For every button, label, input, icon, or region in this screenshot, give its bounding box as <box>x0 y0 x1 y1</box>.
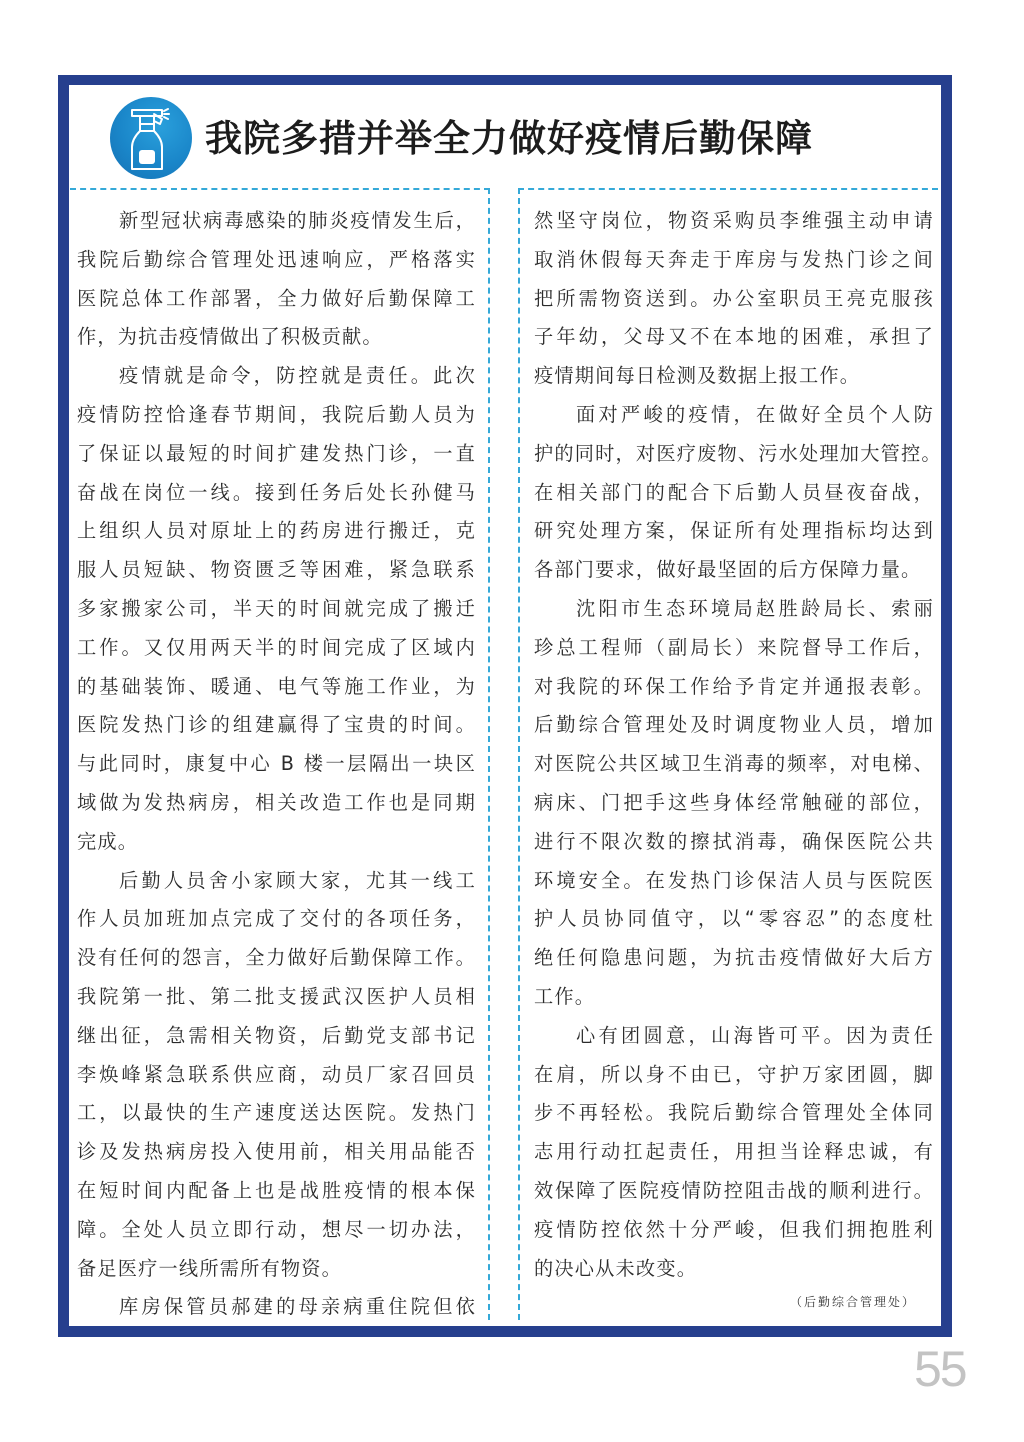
text-line: 工作。 <box>534 978 934 1017</box>
text-line: 在短时间内配备上也是战胜疫情的根本保 <box>77 1172 476 1211</box>
text-line: 完成。 <box>77 823 476 862</box>
text-line: 诊及发热病房投入使用前，相关用品能否 <box>77 1133 476 1172</box>
title-badge <box>110 97 192 179</box>
text-line: 工作。又仅用两天半的时间完成了区域内 <box>77 629 476 668</box>
text-line: 多家搬家公司，半天的时间就完成了搬迁 <box>77 590 476 629</box>
text-line: 服人员短缺、物资匮乏等困难，紧急联系 <box>77 551 476 590</box>
paragraph: 面对严峻的疫情，在做好全员个人防护的同时，对医疗废物、污水处理加大管控。在相关部… <box>534 396 934 590</box>
text-line: 在相关部门的配合下后勤人员昼夜奋战， <box>534 474 934 513</box>
text-line: 进行不限次数的擦拭消毒，确保医院公共 <box>534 823 934 862</box>
paragraph: 沈阳市生态环境局赵胜龄局长、索丽珍总工程师（副局长）来院督导工作后，对我院的环保… <box>534 590 934 1017</box>
paragraph: 然坚守岗位，物资采购员李维强主动申请取消休假每天奔走于库房与发热门诊之间把所需物… <box>534 202 934 396</box>
text-line: 沈阳市生态环境局赵胜龄局长、索丽 <box>534 590 934 629</box>
text-line: 后勤综合管理处及时调度物业人员，增加 <box>534 706 934 745</box>
text-line: 步不再轻松。我院后勤综合管理处全体同 <box>534 1094 934 1133</box>
text-line: 的基础装饰、暖通、电气等施工作业，为 <box>77 668 476 707</box>
text-line: 工，以最快的生产速度送达医院。发热门 <box>77 1094 476 1133</box>
spray-bottle-icon <box>110 97 192 179</box>
author-signature: （后勤综合管理处） <box>790 1293 916 1310</box>
text-line: 绝任何隐患问题，为抗击疫情做好大后方 <box>534 939 934 978</box>
text-line: 病床、门把手这些身体经常触碰的部位， <box>534 784 934 823</box>
text-line: 疫情防控恰逢春节期间，我院后勤人员为 <box>77 396 476 435</box>
left-column: 新型冠状病毒感染的肺炎疫情发生后，我院后勤综合管理处迅速响应，严格落实医院总体工… <box>70 188 490 1320</box>
text-line: 作人员加班加点完成了交付的各项任务， <box>77 900 476 939</box>
text-line: 效保障了医院疫情防控阻击战的顺利进行。 <box>534 1172 934 1211</box>
text-line: 疫情期间每日检测及数据上报工作。 <box>534 357 934 396</box>
text-line: 对我院的环保工作给予肯定并通报表彰。 <box>534 668 934 707</box>
text-line: 障。全处人员立即行动，想尽一切办法， <box>77 1211 476 1250</box>
text-line: 新型冠状病毒感染的肺炎疫情发生后， <box>77 202 476 241</box>
text-line: 然坚守岗位，物资采购员李维强主动申请 <box>534 202 934 241</box>
article-title: 我院多措并举全力做好疫情后勤保障 <box>205 108 813 162</box>
text-line: 对医院公共区域卫生消毒的频率，对电梯、 <box>534 745 934 784</box>
text-line: 备足医疗一线所需所有物资。 <box>77 1250 476 1289</box>
text-line: 环境安全。在发热门诊保洁人员与医院医 <box>534 862 934 901</box>
text-line: 李焕峰紧急联系供应商，动员厂家召回员 <box>77 1056 476 1095</box>
text-line: 奋战在岗位一线。接到任务后处长孙健马 <box>77 474 476 513</box>
paragraph: 心有团圆意，山海皆可平。因为责任在肩，所以身不由已，守护万家团圆，脚步不再轻松。… <box>534 1017 934 1289</box>
text-line: 志用行动扛起责任，用担当诠释忠诚，有 <box>534 1133 934 1172</box>
text-line: 疫情就是命令，防控就是责任。此次 <box>77 357 476 396</box>
text-line: 医院总体工作部署，全力做好后勤保障工 <box>77 280 476 319</box>
text-line: 我院第一批、第二批支援武汉医护人员相 <box>77 978 476 1017</box>
text-line: 疫情防控依然十分严峻，但我们拥抱胜利 <box>534 1211 934 1250</box>
paragraph: 库房保管员郝建的母亲病重住院但依 <box>77 1288 476 1327</box>
text-line: 上组织人员对原址上的药房进行搬迁，克 <box>77 512 476 551</box>
text-line: 研究处理方案，保证所有处理指标均达到 <box>534 512 934 551</box>
text-line: 把所需物资送到。办公室职员王亮克服孩 <box>534 280 934 319</box>
text-line: 作，为抗击疫情做出了积极贡献。 <box>77 318 476 357</box>
text-line: 的决心从未改变。 <box>534 1250 934 1289</box>
paragraph: 新型冠状病毒感染的肺炎疫情发生后，我院后勤综合管理处迅速响应，严格落实医院总体工… <box>77 202 476 357</box>
text-line: 取消休假每天奔走于库房与发热门诊之间 <box>534 241 934 280</box>
right-column: 然坚守岗位，物资采购员李维强主动申请取消休假每天奔走于库房与发热门诊之间把所需物… <box>518 188 938 1320</box>
paragraph: 后勤人员舍小家顾大家，尤其一线工作人员加班加点完成了交付的各项任务，没有任何的怨… <box>77 862 476 1289</box>
paragraph: 疫情就是命令，防控就是责任。此次疫情防控恰逢春节期间，我院后勤人员为了保证以最短… <box>77 357 476 861</box>
text-line: 我院后勤综合管理处迅速响应，严格落实 <box>77 241 476 280</box>
page-number: 55 <box>914 1340 966 1398</box>
text-line: 库房保管员郝建的母亲病重住院但依 <box>77 1288 476 1327</box>
text-line: 后勤人员舍小家顾大家，尤其一线工 <box>77 862 476 901</box>
text-line: 与此同时，康复中心 B 楼一层隔出一块区 <box>77 745 476 784</box>
text-line: 珍总工程师（副局长）来院督导工作后， <box>534 629 934 668</box>
text-line: 护的同时，对医疗废物、污水处理加大管控。 <box>534 435 934 474</box>
text-line: 没有任何的怨言，全力做好后勤保障工作。 <box>77 939 476 978</box>
text-line: 面对严峻的疫情，在做好全员个人防 <box>534 396 934 435</box>
text-line: 心有团圆意，山海皆可平。因为责任 <box>534 1017 934 1056</box>
text-line: 医院发热门诊的组建赢得了宝贵的时间。 <box>77 706 476 745</box>
text-line: 各部门要求，做好最坚固的后方保障力量。 <box>534 551 934 590</box>
text-line: 继出征，急需相关物资，后勤党支部书记 <box>77 1017 476 1056</box>
text-line: 在肩，所以身不由已，守护万家团圆，脚 <box>534 1056 934 1095</box>
text-line: 护人员协同值守，以“零容忍”的态度杜 <box>534 900 934 939</box>
text-line: 域做为发热病房，相关改造工作也是同期 <box>77 784 476 823</box>
text-line: 了保证以最短的时间扩建发热门诊，一直 <box>77 435 476 474</box>
text-line: 子年幼，父母又不在本地的困难，承担了 <box>534 318 934 357</box>
